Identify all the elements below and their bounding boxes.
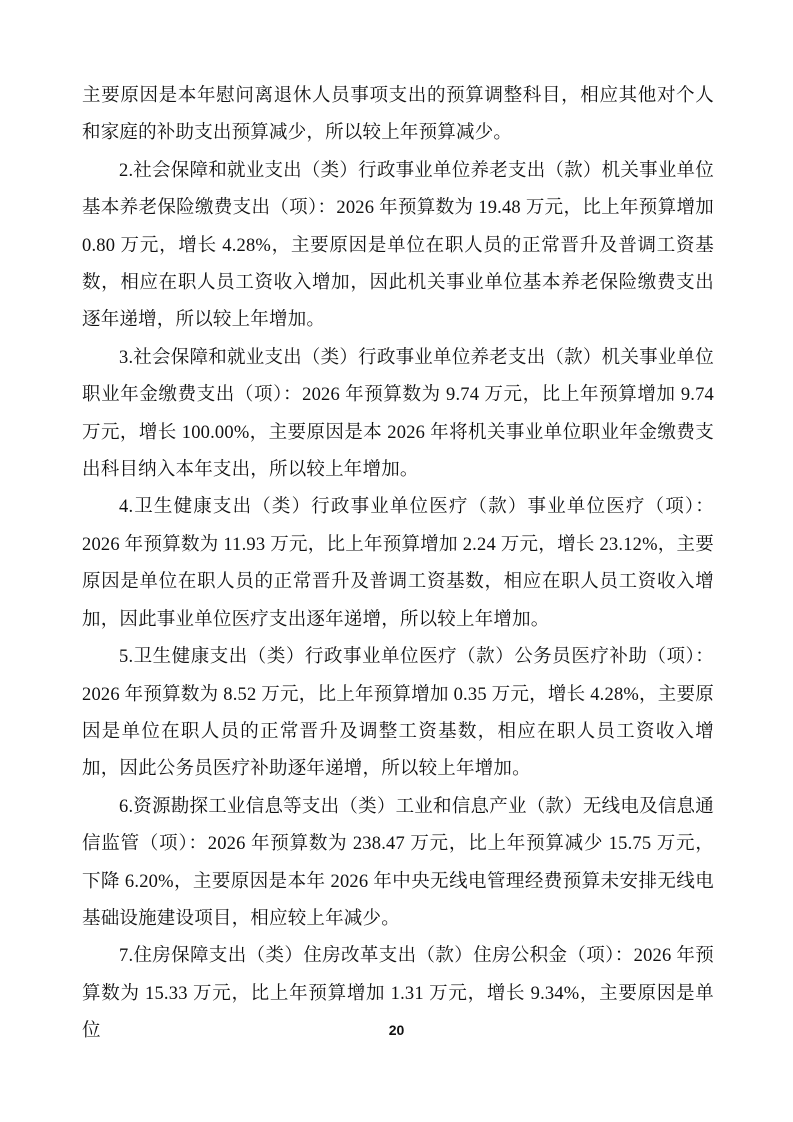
document-text: 主要原因是本年慰问离退休人员事项支出的预算调整科目，相应其他对个人和家庭的补助支… <box>82 78 714 1051</box>
document-page: 主要原因是本年慰问离退休人员事项支出的预算调整科目，相应其他对个人和家庭的补助支… <box>0 0 793 1122</box>
paragraph-item-4: 4.卫生健康支出（类）行政事业单位医疗（款）事业单位医疗（项）：2026 年预算… <box>82 489 714 639</box>
paragraph-item-2: 2.社会保障和就业支出（类）行政事业单位养老支出（款）机关事业单位基本养老保险缴… <box>82 153 714 340</box>
paragraph-item-5: 5.卫生健康支出（类）行政事业单位医疗（款）公务员医疗补助（项）：2026 年预… <box>82 639 714 789</box>
page-number: 20 <box>389 1022 405 1038</box>
paragraph-continuation: 主要原因是本年慰问离退休人员事项支出的预算调整科目，相应其他对个人和家庭的补助支… <box>82 78 714 153</box>
page-footer: 20 <box>0 1022 793 1040</box>
paragraph-item-3: 3.社会保障和就业支出（类）行政事业单位养老支出（款）机关事业单位职业年金缴费支… <box>82 340 714 490</box>
paragraph-item-6: 6.资源勘探工业信息等支出（类）工业和信息产业（款）无线电及信息通信监管（项）：… <box>82 789 714 939</box>
